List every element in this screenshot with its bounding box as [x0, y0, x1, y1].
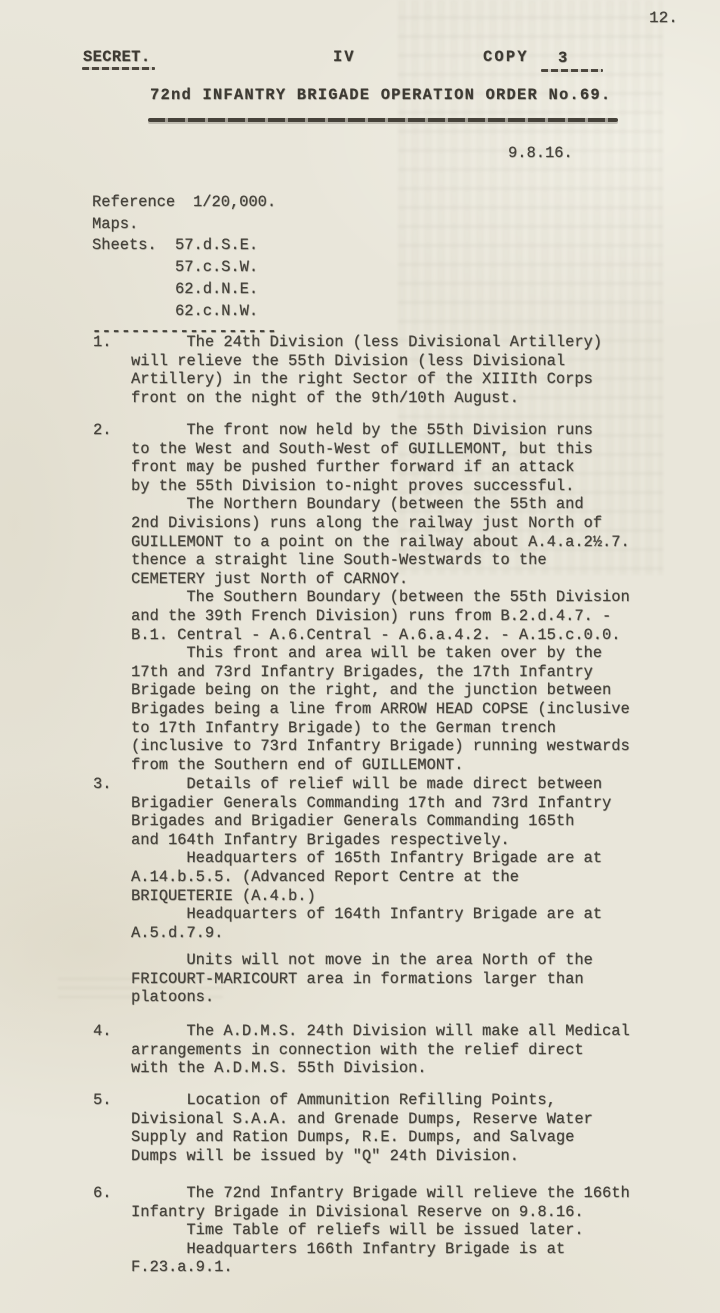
- sheet-entry: 57.c.S.W.: [175, 258, 258, 276]
- copy-label: COPY: [483, 48, 529, 67]
- item-text: The 72nd Infantry Brigade will relieve t…: [131, 1184, 677, 1277]
- item-number: 5.: [93, 1091, 111, 1110]
- page-number: 12.: [649, 9, 678, 28]
- order-item-units: Units will not move in the area North of…: [92, 951, 677, 1007]
- sheets-label: Sheets.: [92, 236, 157, 254]
- order-item-6: 6. The 72nd Infantry Brigade will reliev…: [92, 1184, 677, 1277]
- item-number: 3.: [93, 775, 111, 794]
- reference-scale: 1/20,000.: [193, 193, 276, 211]
- section-numeral: IV: [333, 48, 355, 67]
- copy-number-underline: [541, 69, 603, 72]
- item-number: 4.: [93, 1022, 111, 1041]
- order-item-3: 3. Details of relief will be made direct…: [92, 775, 677, 942]
- sheet-entry: 62.c.N.W.: [175, 302, 258, 320]
- item-text: The front now held by the 55th Division …: [131, 421, 677, 774]
- reference-label: Reference: [92, 193, 175, 211]
- copy-number: 3: [558, 49, 567, 68]
- title-rule: [148, 118, 618, 122]
- sheet-entry: 57.d.S.E.: [175, 236, 258, 254]
- order-item-5: 5. Location of Ammunition Refilling Poin…: [92, 1091, 677, 1165]
- item-text: The 24th Division (less Divisional Artil…: [131, 333, 677, 407]
- item-text: The A.D.M.S. 24th Division will make all…: [131, 1022, 677, 1078]
- order-item-4: 4. The A.D.M.S. 24th Division will make …: [92, 1022, 677, 1078]
- item-number: 6.: [93, 1184, 111, 1203]
- document-date: 9.8.16.: [508, 144, 573, 163]
- item-text: Location of Ammunition Refilling Points,…: [131, 1091, 677, 1165]
- item-text: Details of relief will be made direct be…: [131, 775, 677, 942]
- order-item-1: 1. The 24th Division (less Divisional Ar…: [92, 333, 677, 407]
- document-title: 72nd INFANTRY BRIGADE OPERATION ORDER No…: [150, 86, 611, 105]
- order-item-2: 2. The front now held by the 55th Divisi…: [92, 421, 677, 774]
- sheet-entry: 62.d.N.E.: [175, 280, 258, 298]
- maps-label: Maps.: [92, 215, 138, 233]
- classification-label: SECRET.: [83, 48, 150, 67]
- item-number: 2.: [93, 421, 111, 440]
- item-number: 1.: [93, 333, 111, 352]
- classification-underline: [82, 67, 155, 70]
- item-text: Units will not move in the area North of…: [131, 951, 677, 1007]
